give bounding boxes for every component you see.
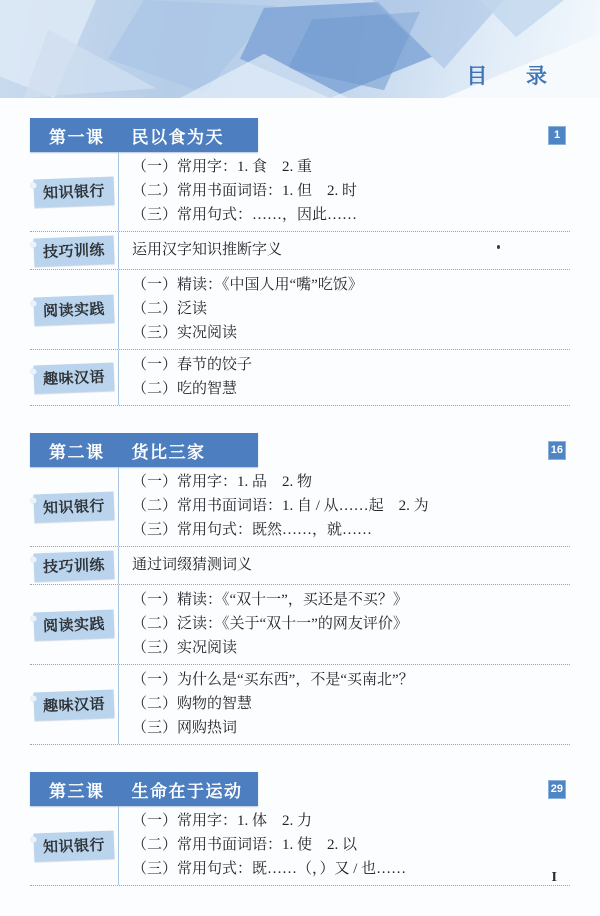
pin-dot-icon [31,300,37,306]
lesson-2: 第二课 货比三家 16 知识银行 （一）常用字：1. 品 2. 物 （二） [30,433,570,745]
pin-dot-icon [31,241,37,247]
section-tag-label: 趣味汉语 [43,368,106,387]
pin-dot-icon [31,695,37,701]
section-tag[interactable]: 阅读实践 [33,609,114,640]
toc-entry[interactable]: （三）常用句式：既……（，）又 / 也…… [132,857,570,881]
toc-entry[interactable]: （二）常用书面词语：1. 但 2. 时 [132,179,570,203]
section-tag[interactable]: 知识银行 [33,830,114,861]
section-tag[interactable]: 阅读实践 [33,294,114,325]
lesson-3-banner[interactable]: 第三课 生命在于运动 [30,772,258,806]
toc-entry[interactable]: （一）精读：《中国人用“嘴”吃饭》 [132,273,570,297]
toc-entry[interactable]: （二）购物的智慧 [132,692,570,716]
pin-dot-icon [31,615,37,621]
toc-entry[interactable]: （一）常用字：1. 体 2. 力 [132,809,570,833]
row-reading-practice: 阅读实践 （一）精读：《中国人用“嘴”吃饭》 （二）泛读 （三）实况阅读 [30,270,570,350]
toc-page: 目 录 第一课 民以食为天 1 知识银行 [0,0,600,916]
row-reading-practice: 阅读实践 （一）精读：《“双十一”，买还是不买？》 （二）泛读：《关于“双十一”… [30,585,570,665]
lesson-3-rows: 知识银行 （一）常用字：1. 体 2. 力 （二）常用书面词语：1. 使 2. … [30,806,570,886]
row-fun-chinese: 趣味汉语 （一）为什么是“买东西”，不是“买南北”？ （二）购物的智慧 （三）网… [30,665,570,745]
toc-entry[interactable]: （二）泛读 [132,297,570,321]
section-tag[interactable]: 趣味汉语 [33,362,114,393]
section-tag[interactable]: 技巧训练 [33,235,114,266]
lesson-2-banner[interactable]: 第二课 货比三家 [30,433,258,467]
section-tag-label: 技巧训练 [43,241,106,260]
toc-entry[interactable]: （二）常用书面词语：1. 自 / 从……起 2. 为 [132,494,570,518]
section-tag[interactable]: 知识银行 [33,491,114,522]
lesson-1-rows: 知识银行 （一）常用字：1. 食 2. 重 （二）常用书面词语：1. 但 2. … [30,152,570,406]
row-knowledge-bank: 知识银行 （一）常用字：1. 食 2. 重 （二）常用书面词语：1. 但 2. … [30,152,570,232]
toc-entry[interactable]: （一）春节的饺子 [132,353,570,377]
lesson-number: 第三课 [49,777,105,802]
section-tag-label: 阅读实践 [43,615,106,634]
section-tag-label: 知识银行 [43,836,106,855]
toc-entry[interactable]: （三）常用句式：……，因此…… [132,203,570,227]
section-tag-label: 阅读实践 [43,300,106,319]
section-tag[interactable]: 知识银行 [33,176,114,207]
print-speck [497,245,500,249]
toc-entry[interactable]: （二）常用书面词语：1. 使 2. 以 [132,833,570,857]
toc-entry[interactable]: （三）实况阅读 [132,321,570,345]
lesson-1-banner[interactable]: 第一课 民以食为天 [30,118,258,152]
lesson-1: 第一课 民以食为天 1 知识银行 （一）常用字：1. 食 2. 重 （二） [30,118,570,406]
pin-dot-icon [31,556,37,562]
toc-entry[interactable]: （一）为什么是“买东西”，不是“买南北”？ [132,668,570,692]
page-title: 目 录 [466,60,556,90]
toc-entry[interactable]: （一）常用字：1. 品 2. 物 [132,470,570,494]
page-number-badge[interactable]: 29 [548,780,566,799]
folio-page-number: I [552,870,557,886]
toc-entry[interactable]: （三）网购热词 [132,716,570,740]
toc-entry[interactable]: （二）泛读：《关于“双十一”的网友评价》 [132,612,570,636]
section-tag-label: 趣味汉语 [43,695,106,714]
toc-entry[interactable]: （二）吃的智慧 [132,377,570,401]
row-skill-training: 技巧训练 通过词缀猜测词义 [30,547,570,585]
row-skill-training: 技巧训练 运用汉字知识推断字义 [30,232,570,270]
section-tag[interactable]: 技巧训练 [33,550,114,581]
pin-dot-icon [31,497,37,503]
pin-dot-icon [31,368,37,374]
toc-content: 第一课 民以食为天 1 知识银行 （一）常用字：1. 食 2. 重 （二） [30,98,570,886]
pin-dot-icon [31,836,37,842]
lesson-3-header: 第三课 生命在于运动 29 [30,772,570,806]
toc-entry[interactable]: （一）常用字：1. 食 2. 重 [132,155,570,179]
lesson-1-header: 第一课 民以食为天 1 [30,118,570,152]
page-number-badge[interactable]: 16 [548,441,566,460]
section-tag-label: 知识银行 [43,182,106,201]
lesson-title: 生命在于运动 [132,777,243,802]
lesson-title: 民以食为天 [132,123,225,148]
section-tag-label: 技巧训练 [43,556,106,575]
toc-entry[interactable]: （一）精读：《“双十一”，买还是不买？》 [132,588,570,612]
toc-entry[interactable]: 通过词缀猜测词义 [132,553,570,577]
lesson-number: 第二课 [49,438,105,463]
lesson-2-rows: 知识银行 （一）常用字：1. 品 2. 物 （二）常用书面词语：1. 自 / 从… [30,467,570,745]
row-knowledge-bank: 知识银行 （一）常用字：1. 体 2. 力 （二）常用书面词语：1. 使 2. … [30,806,570,886]
row-fun-chinese: 趣味汉语 （一）春节的饺子 （二）吃的智慧 [30,350,570,406]
toc-entry[interactable]: 运用汉字知识推断字义 [132,238,570,262]
lesson-title: 货比三家 [132,438,206,463]
page-number-badge[interactable]: 1 [548,126,566,145]
section-tag[interactable]: 趣味汉语 [33,689,114,720]
toc-entry[interactable]: （三）实况阅读 [132,636,570,660]
pin-dot-icon [31,182,37,188]
section-tag-label: 知识银行 [43,497,106,516]
lesson-3: 第三课 生命在于运动 29 知识银行 （一）常用字：1. 体 2. 力 （ [30,772,570,886]
toc-entry[interactable]: （三）常用句式：既然……，就…… [132,518,570,542]
row-knowledge-bank: 知识银行 （一）常用字：1. 品 2. 物 （二）常用书面词语：1. 自 / 从… [30,467,570,547]
lesson-number: 第一课 [49,123,105,148]
lesson-2-header: 第二课 货比三家 16 [30,433,570,467]
